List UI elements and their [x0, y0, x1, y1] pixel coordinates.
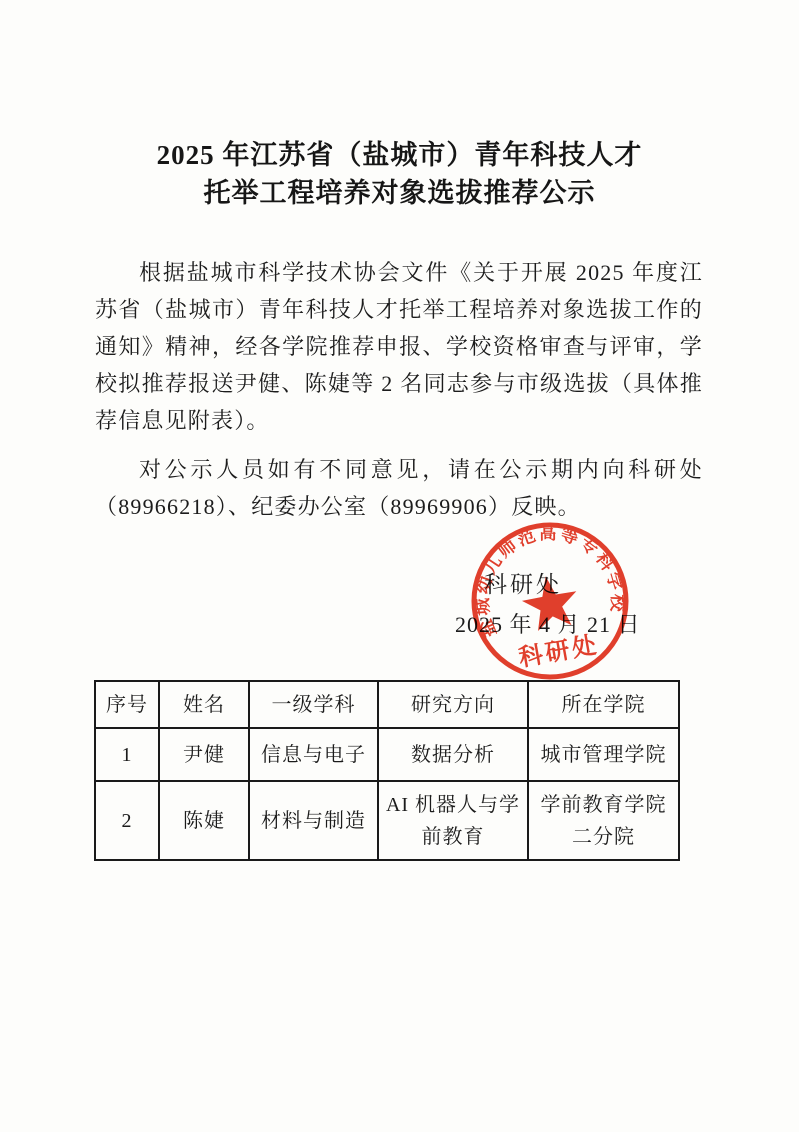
cell-discipline: 信息与电子 — [249, 728, 378, 781]
recommendation-table: 序号 姓名 一级学科 研究方向 所在学院 1 尹健 信息与电子 数据分析 城市管… — [94, 680, 680, 861]
document-body: 根据盐城市科学技术协会文件《关于开展 2025 年度江苏省（盐城市）青年科技人才… — [95, 254, 703, 525]
cell-research-direction: 数据分析 — [378, 728, 528, 781]
official-seal: 盐城幼儿师范高等专科学校 科研处 — [442, 493, 657, 708]
cell-college: 学前教育学院二分院 — [528, 781, 679, 860]
seal-ring — [462, 513, 638, 689]
document-title: 2025 年江苏省（盐城市）青年科技人才 托举工程培养对象选拔推荐公示 — [0, 136, 799, 212]
document-page: 2025 年江苏省（盐城市）青年科技人才 托举工程培养对象选拔推荐公示 根据盐城… — [0, 0, 799, 1132]
body-paragraph-2: 对公示人员如有不同意见，请在公示期内向科研处（89966218）、纪委办公室（8… — [95, 451, 703, 525]
body-paragraph-1: 根据盐城市科学技术协会文件《关于开展 2025 年度江苏省（盐城市）青年科技人才… — [95, 254, 703, 439]
cell-research-direction: AI 机器人与学前教育 — [378, 781, 528, 860]
document-title-line-1: 2025 年江苏省（盐城市）青年科技人才 — [0, 136, 799, 174]
header-discipline: 一级学科 — [249, 681, 378, 728]
cell-serial-number: 1 — [95, 728, 159, 781]
table-header-row: 序号 姓名 一级学科 研究方向 所在学院 — [95, 681, 679, 728]
header-serial-number: 序号 — [95, 681, 159, 728]
header-college: 所在学院 — [528, 681, 679, 728]
table-row: 1 尹健 信息与电子 数据分析 城市管理学院 — [95, 728, 679, 781]
table-row: 2 陈婕 材料与制造 AI 机器人与学前教育 学前教育学院二分院 — [95, 781, 679, 860]
signature-department: 科研处 — [484, 566, 562, 599]
cell-college: 城市管理学院 — [528, 728, 679, 781]
cell-name: 陈婕 — [159, 781, 249, 860]
signature-date: 2025 年 4 月 21 日 — [455, 608, 641, 639]
header-name: 姓名 — [159, 681, 249, 728]
header-research-direction: 研究方向 — [378, 681, 528, 728]
cell-discipline: 材料与制造 — [249, 781, 378, 860]
cell-serial-number: 2 — [95, 781, 159, 860]
cell-name: 尹健 — [159, 728, 249, 781]
document-title-line-2: 托举工程培养对象选拔推荐公示 — [0, 174, 799, 212]
